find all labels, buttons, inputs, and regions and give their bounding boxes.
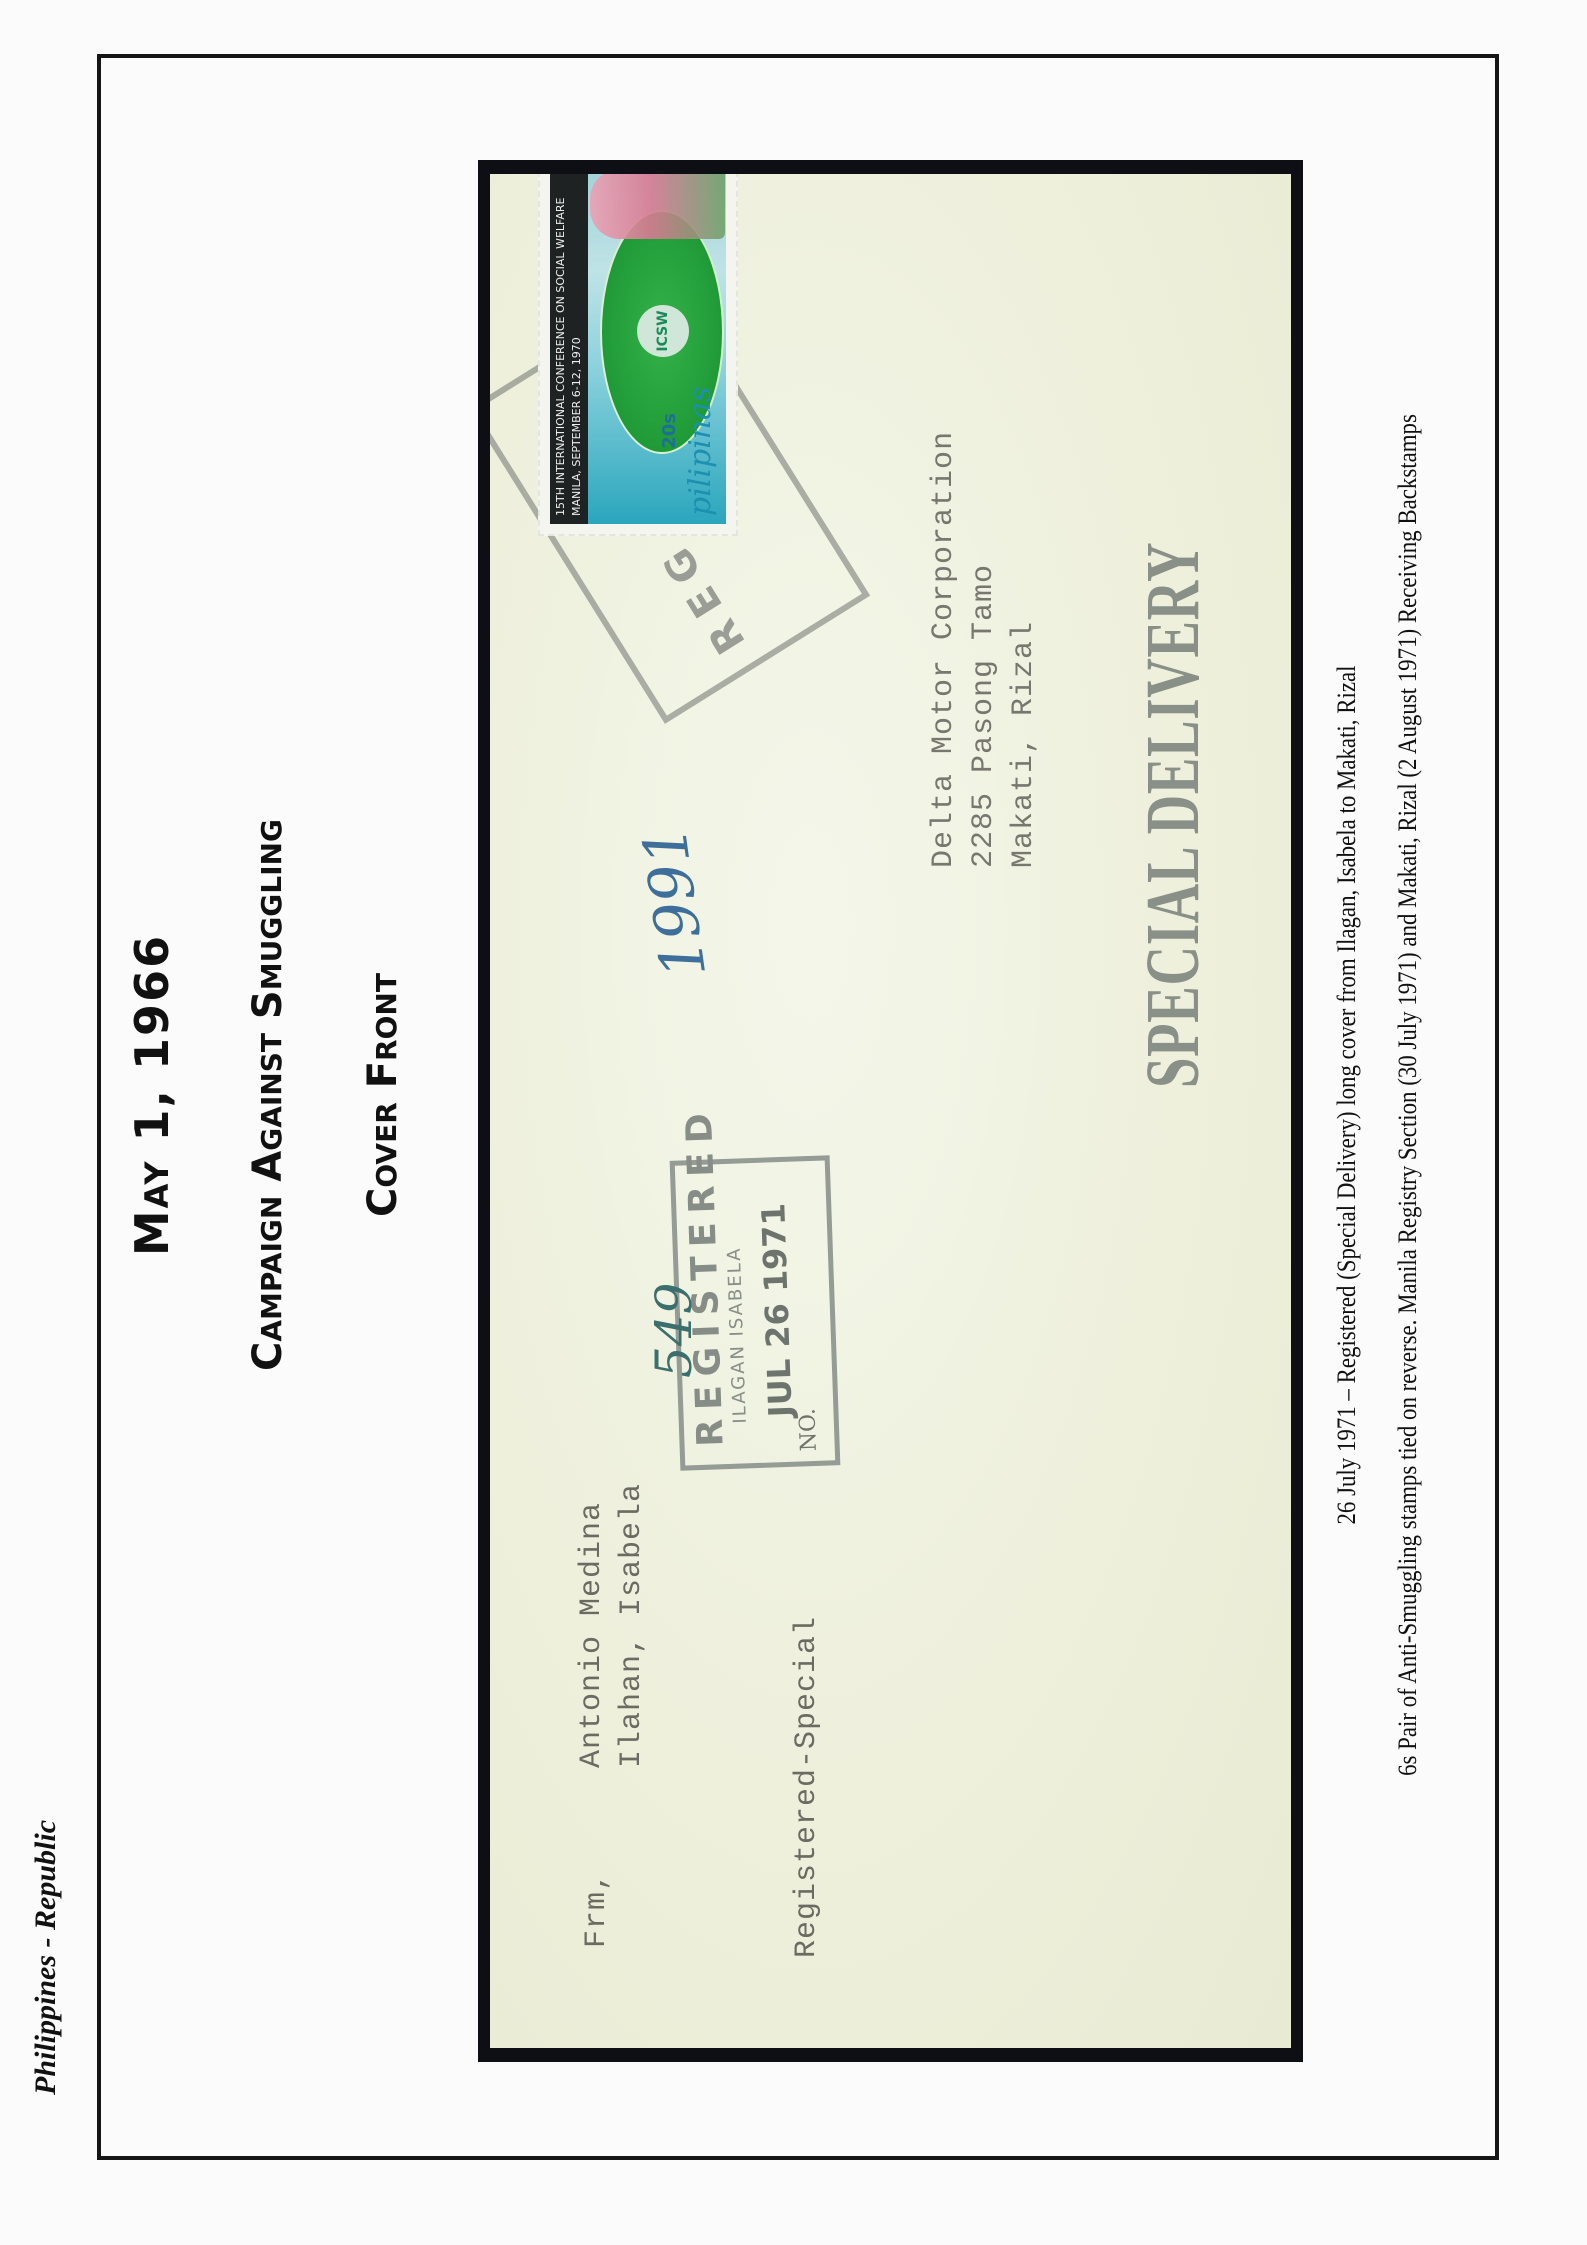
stamp-inscription: 15TH INTERNATIONAL CONFERENCE ON SOCIAL … — [550, 174, 588, 524]
cover-image-frame: REG 15TH INTERNATIONAL CONFERENCE ON SOC… — [478, 160, 1303, 2062]
stamp-inscription-line1: 15TH INTERNATIONAL CONFERENCE ON SOCIAL … — [553, 174, 569, 516]
stamp-artwork: 15TH INTERNATIONAL CONFERENCE ON SOCIAL … — [550, 174, 726, 524]
handwritten-registration-number: 549 — [645, 1283, 703, 1378]
registered-handstamp-date: JUL 26 1971 — [754, 1202, 799, 1417]
stamp-emblem: ICSW — [637, 305, 689, 357]
addressee-name: Delta Motor Corporation — [927, 431, 961, 868]
stamp-cancel-text: REG — [648, 529, 754, 661]
sender-name: Antonio Medina — [575, 1502, 609, 1768]
addressee-city: Makati, Rizal — [1007, 621, 1041, 868]
from-label: Frm, — [580, 1872, 614, 1948]
addressee-street: 2285 Pasong Tamo — [967, 564, 1001, 868]
registered-handstamp-number-label: NO. — [795, 1408, 821, 1452]
caption-line-2: 6s Pair of Anti-Smuggling stamps tied on… — [1393, 347, 1423, 1843]
stamp-country: pilipinas — [683, 387, 718, 516]
woman-figure-icon — [590, 174, 725, 239]
header-label: Philippines - Republic — [22, 1675, 70, 2095]
page-title-subject: Campaign Against Smuggling — [245, 645, 291, 1545]
caption-line-1: 26 July 1971 – Registered (Special Deliv… — [1332, 347, 1362, 1843]
sender-town: Ilahan, Isabela — [615, 1483, 649, 1768]
handwritten-number: 1991 — [630, 821, 721, 982]
postage-stamp: 15TH INTERNATIONAL CONFERENCE ON SOCIAL … — [538, 174, 738, 536]
page-title-date: May 1, 1966 — [125, 645, 179, 1545]
album-page: Philippines - Republic May 1, 1966 Campa… — [0, 0, 1587, 2245]
envelope-cover: REG 15TH INTERNATIONAL CONFERENCE ON SOC… — [490, 174, 1291, 2048]
stamp-value: 20s — [659, 413, 680, 449]
special-delivery-handstamp: SPECIAL DELIVERY — [1130, 542, 1217, 1088]
stamp-inscription-line2: MANILA, SEPTEMBER 6-12, 1970 — [569, 174, 585, 516]
registered-special-endorsement: Registered-Special — [790, 1616, 824, 1958]
page-title-section: Cover Front — [360, 645, 406, 1545]
